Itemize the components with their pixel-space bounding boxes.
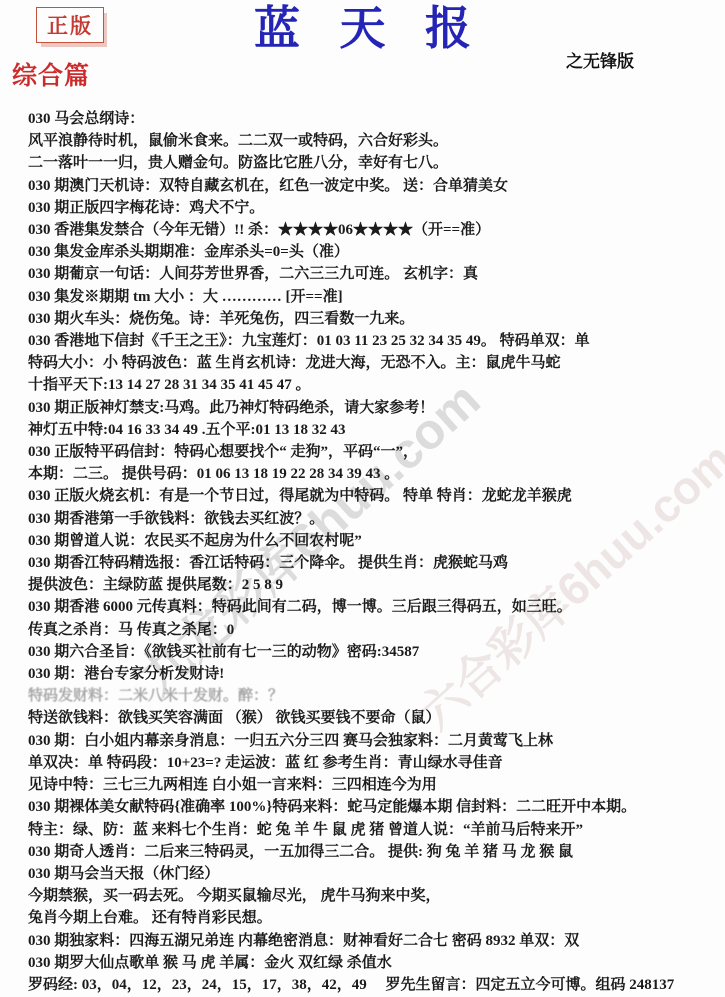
report-line: 本期：二三。 提供号码：01 06 13 18 19 22 28 34 39 4… <box>0 463 725 485</box>
report-line: 030 期独家料：四海五湖兄弟连 内幕绝密消息：财神看好二合七 密码 8932 … <box>0 930 725 952</box>
report-line: 030 期曾道人说：农民买不起房为什么不回农村呢” <box>0 530 725 552</box>
report-body: 030 马会总纲诗： 风平浪静待时机，鼠偷米食来。二二双一或特码，六合好彩头。 … <box>0 108 725 996</box>
report-line: 030 期葡京一句话：人间芬芳世界香，二六三三九可连。 玄机字：真 <box>0 263 725 285</box>
report-line: 十指平天下:13 14 27 28 31 34 35 41 45 47 。 <box>0 374 725 396</box>
report-line: 030 期香江特码精选报：香江话特码：三个降伞。 提供生肖：虎猴蛇马鸡 <box>0 552 725 574</box>
report-line: 提供波色：主绿防蓝 提供尾数：2 5 8 9 <box>0 574 725 596</box>
edition-label: 之无锋版 <box>566 47 634 72</box>
report-line: 030 正版特平码信封：特码心想要找个“ 走狗”，平码“一”， <box>0 441 725 463</box>
report-line: 传真之杀肖：马 传真之杀尾：0 <box>0 619 725 641</box>
report-line: 风平浪静待时机，鼠偷米食来。二二双一或特码，六合好彩头。 <box>0 130 725 152</box>
report-line: 030 期正版四字梅花诗：鸡犬不宁。 <box>0 197 725 219</box>
report-line: 030 香港地下信封《千王之王》：九宝莲灯：01 03 11 23 25 32 … <box>0 330 725 352</box>
report-line: 030 集发※期期 tm 大小 ：大 ………… [开==准] <box>0 286 725 308</box>
report-line: 030 正版火烧玄机：有是一个节日过，得尾就为中特码。 特单 特肖：龙蛇龙羊猴虎 <box>0 485 725 507</box>
report-line: 单双决：单 特码段：10+23=? 走运波：蓝 红 参考生肖：青山绿水寻佳音 <box>0 752 725 774</box>
report-line: 见诗中特：三七三九两相连 白小姐一言来料：三四相连今为用 <box>0 774 725 796</box>
report-line: 030 马会总纲诗： <box>0 108 725 130</box>
report-line: 罗码经: 03，04，12，23，24，15，17，38，42，49 罗先生留言… <box>0 974 725 996</box>
report-line-faded: 特码发财料：二米八米十发财。醉：？ <box>0 685 725 707</box>
report-line: 030 期裸体美女献特码{准确率 100%}特码来料：蛇马定能爆本期 信封料：二… <box>0 796 725 818</box>
report-line: 030 期马会当天报（休门经） <box>0 863 725 885</box>
report-line: 030 期奇人透肖：二后来三特码灵，一五加得三二合。 提供: 狗 兔 羊 猪 马… <box>0 841 725 863</box>
report-line: 今期禁猴，买一码去死。 今期买鼠输尽光， 虎牛马狗来中奖， <box>0 885 725 907</box>
report-line: 030 期：白小姐内幕亲身消息：一归五六分三四 赛马会独家料：二月黄莺飞上林 <box>0 730 725 752</box>
report-line: 030 期正版神灯禁支:马鸡。此乃神灯特码绝杀，请大家参考！ <box>0 397 725 419</box>
report-line: 二一落叶一一归，贵人赠金句。防盗比它胜八分，幸好有七八。 <box>0 152 725 174</box>
report-line: 特送欲钱料：欲钱买笑容满面 （猴） 欲钱买要钱不要命（鼠） <box>0 707 725 729</box>
report-line: 030 期香港 6000 元传真料：特码此间有二码，博一博。三后跟三得码五，如三… <box>0 596 725 618</box>
report-line: 030 期火车头：烧伤兔。诗：羊死兔伤，四三看数一九来。 <box>0 308 725 330</box>
report-line: 030 期香港第一手欲钱料：欲钱去买红波？。 <box>0 508 725 530</box>
report-line: 030 期：港台专家分析发财诗! <box>0 663 725 685</box>
report-line: 神灯五中特:04 16 33 34 49 .五个平:01 13 18 32 43 <box>0 419 725 441</box>
report-line: 030 期六合圣旨：《欲钱买社前有七一三的动物》密码:34587 <box>0 641 725 663</box>
section-heading: 综合篇 <box>12 56 90 92</box>
report-line: 030 香港集发禁合（今年无错）!! 杀：★★★★06★★★★（开==准） <box>0 219 725 241</box>
report-line: 特主：绿、防：蓝 来料七个生肖：蛇 兔 羊 牛 鼠 虎 猪 曾道人说：“羊前马后… <box>0 819 725 841</box>
report-line: 030 期罗大仙点歌单 猴 马 虎 羊属：金火 双红绿 杀值水 <box>0 952 725 974</box>
report-line: 特码大小：小 特码波色：蓝 生肖玄机诗：龙进大海，无恐不入。主：鼠虎牛马蛇 <box>0 352 725 374</box>
lottery-report-page: 正版 蓝 天 报 之无锋版 综合篇 九龙彩库6huu.com 六合彩库6huu.… <box>0 0 725 997</box>
report-line: 030 期澳门天机诗：双特自藏玄机在，红色一波定中奖。 送：合单猜美女 <box>0 175 725 197</box>
report-line: 030 集发金库杀头期期准：金库杀头=0=头（准） <box>0 241 725 263</box>
report-line: 兔肖今期上台难。 还有特肖彩民想。 <box>0 907 725 929</box>
